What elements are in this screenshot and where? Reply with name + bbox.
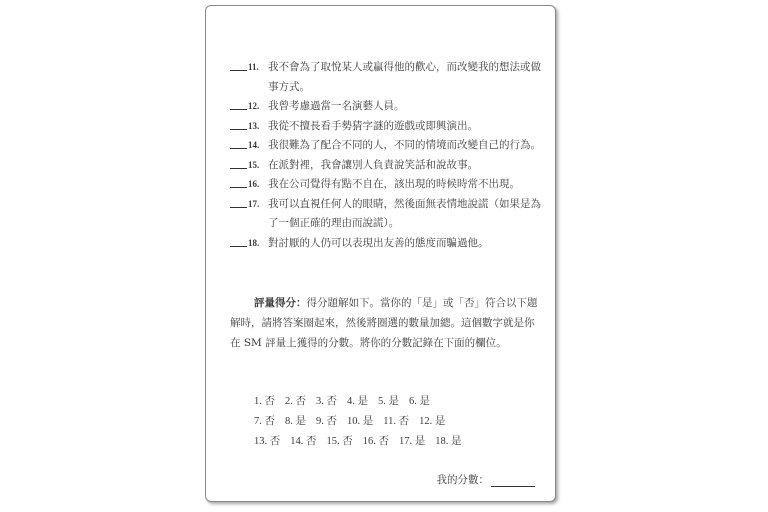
answer-blank[interactable] (230, 234, 247, 247)
question-text: 對討厭的人仍可以表現出友善的態度而騙過他。 (268, 234, 550, 254)
question-text: 我不會為了取悅某人或贏得他的歡心，而改變我的想法或做事方式。 (268, 58, 550, 97)
my-score-blank[interactable] (491, 474, 535, 487)
answer-blank[interactable] (230, 58, 247, 71)
question-item: 15. 在派對裡，我會讓別人負責說笑話和說故事。 (230, 156, 550, 176)
question-item: 17. 我可以直視任何人的眼睛，然後面無表情地說謊（如果是為了一個正確的理由而說… (230, 195, 550, 234)
my-score: 我的分數： (437, 472, 536, 487)
answer-blank[interactable] (230, 117, 247, 130)
question-item: 13. 我從不擅長看手勢猜字謎的遊戲或即興演出。 (230, 117, 550, 137)
scoring-heading: 評量得分： (254, 297, 307, 309)
answer-blank[interactable] (230, 136, 247, 149)
my-score-label: 我的分數： (437, 472, 490, 487)
question-text: 我曾考慮過當一名演藝人員。 (268, 97, 550, 117)
question-list: 11. 我不會為了取悅某人或贏得他的歡心，而改變我的想法或做事方式。 12. 我… (230, 58, 550, 253)
questionnaire-page: 11. 我不會為了取悅某人或贏得他的歡心，而改變我的想法或做事方式。 12. 我… (205, 5, 556, 502)
answer-blank[interactable] (230, 175, 247, 188)
question-item: 14. 我很難為了配合不同的人，不同的情境而改變自己的行為。 (230, 136, 550, 156)
answer-key-row: 7. 否8. 是9. 否10. 是11. 否12. 是 (254, 412, 472, 432)
scoring-instructions: 評量得分：得分題解如下。當你的「是」或「否」符合以下題解時，請將答案圈起來，然後… (230, 293, 542, 353)
question-text: 我很難為了配合不同的人，不同的情境而改變自己的行為。 (268, 136, 550, 156)
question-item: 11. 我不會為了取悅某人或贏得他的歡心，而改變我的想法或做事方式。 (230, 58, 550, 97)
question-text: 我可以直視任何人的眼睛，然後面無表情地說謊（如果是為了一個正確的理由而說謊）。 (268, 195, 550, 234)
question-item: 18. 對討厭的人仍可以表現出友善的態度而騙過他。 (230, 234, 550, 254)
question-text: 在派對裡，我會讓別人負責說笑話和說故事。 (268, 156, 550, 176)
question-item: 12. 我曾考慮過當一名演藝人員。 (230, 97, 550, 117)
answer-key: 1. 否2. 否3. 否4. 是5. 是6. 是 7. 否8. 是9. 否10.… (254, 392, 472, 452)
question-item: 16. 我在公司覺得有點不自在，該出現的時候時常不出現。 (230, 175, 550, 195)
question-text: 我從不擅長看手勢猜字謎的遊戲或即興演出。 (268, 117, 550, 137)
answer-blank[interactable] (230, 195, 247, 208)
answer-key-row: 1. 否2. 否3. 否4. 是5. 是6. 是 (254, 392, 472, 412)
question-text: 我在公司覺得有點不自在，該出現的時候時常不出現。 (268, 175, 550, 195)
answer-blank[interactable] (230, 156, 247, 169)
answer-key-row: 13. 否14. 否15. 否16. 否17. 是18. 是 (254, 432, 472, 452)
answer-blank[interactable] (230, 97, 247, 110)
